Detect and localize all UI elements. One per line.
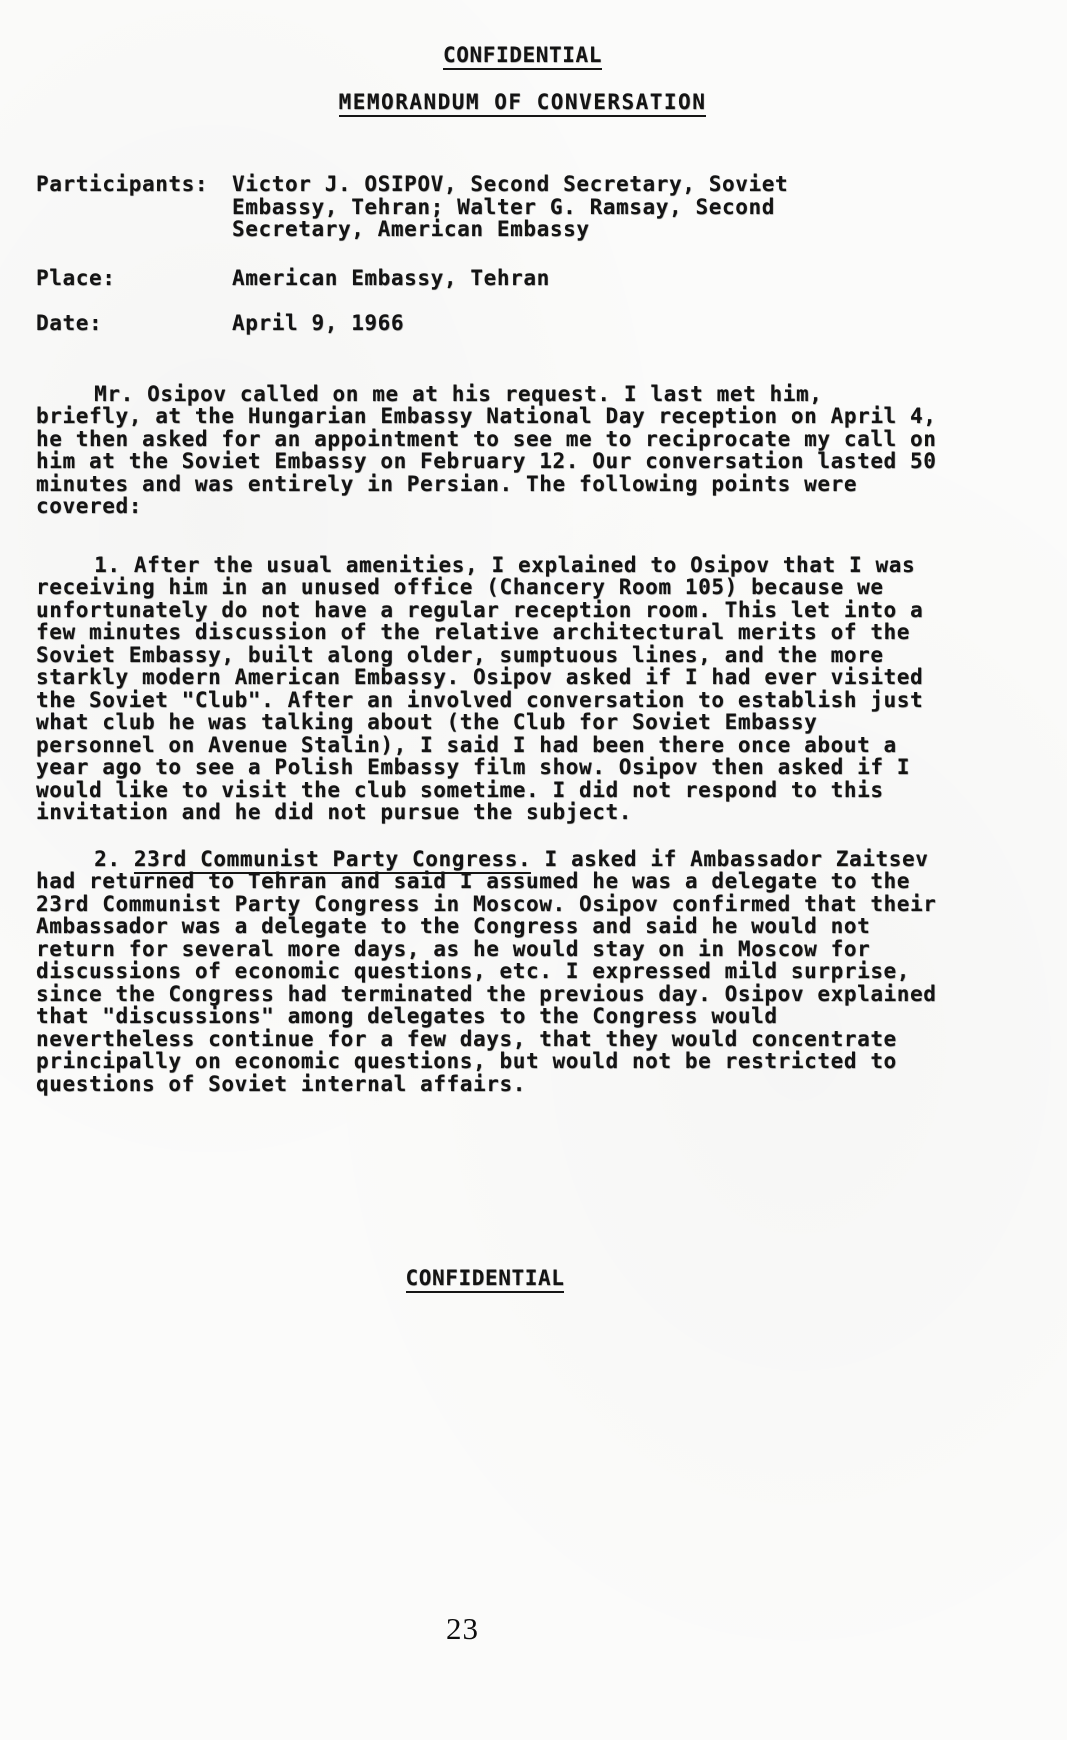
document-title-text: MEMORANDUM OF CONVERSATION	[339, 90, 707, 117]
item-2-number: 2.	[94, 847, 121, 871]
place-value: American Embassy, Tehran	[232, 267, 904, 290]
date-value: April 9, 1966	[232, 312, 904, 335]
page-number: 23	[0, 1618, 1009, 1641]
date-label: Date:	[36, 312, 232, 335]
classification-bottom-text: CONFIDENTIAL	[406, 1266, 565, 1293]
item-1-text: After the usual amenities, I explained t…	[36, 553, 923, 825]
intro-text: Mr. Osipov called on me at his request. …	[36, 382, 937, 519]
numbered-paragraph-2: 2. 23rd Communist Party Congress. I aske…	[36, 848, 941, 1096]
place-label: Place:	[36, 267, 232, 290]
participants-label: Participants:	[36, 173, 232, 196]
numbered-paragraph-1: 1. After the usual amenities, I explaine…	[36, 554, 941, 824]
intro-paragraph: Mr. Osipov called on me at his request. …	[36, 383, 941, 518]
classification-top-text: CONFIDENTIAL	[443, 43, 602, 70]
classification-banner-top: CONFIDENTIAL	[36, 44, 1009, 67]
item-1-number: 1.	[94, 553, 121, 577]
item-2-text: I asked if Ambassador Zaitsev had return…	[36, 847, 937, 1096]
meta-row-participants: Participants: Victor J. OSIPOV, Second S…	[36, 173, 1009, 241]
participants-value: Victor J. OSIPOV, Second Secretary, Sovi…	[232, 173, 904, 241]
memo-scan-page: CONFIDENTIAL MEMORANDUM OF CONVERSATION …	[0, 0, 1067, 1740]
classification-banner-bottom: CONFIDENTIAL	[0, 1267, 1009, 1290]
meta-row-place: Place: American Embassy, Tehran	[36, 267, 1009, 290]
meta-row-date: Date: April 9, 1966	[36, 312, 1009, 335]
document-title: MEMORANDUM OF CONVERSATION	[36, 91, 1009, 114]
